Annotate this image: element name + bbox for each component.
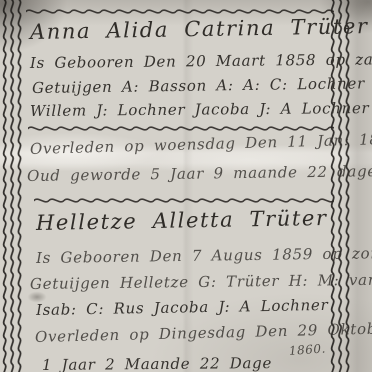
witness-line: Isab: C: Rus Jacoba J: A Lochner [36,296,329,319]
record-name: Helletze Alletta Trüter [36,206,328,235]
death-year: 1860. [289,341,327,358]
section-divider-squiggle [34,195,334,206]
birth-line: Is Gebooren Den 7 Augus 1859 op zondag [36,244,372,267]
witness-line: Getuijgen A: Basson A: A: C: Lochner [32,74,365,97]
witness-line: Willem J: Lochner Jacoba J: A Lochner [30,99,370,120]
register-page: Anna Alida Catrina Trüter Is Gebooren De… [0,0,372,372]
age-line: 1 Jaar 2 Maande 22 Dage [42,354,272,372]
birth-line: Is Gebooren Den 20 Maart 1858 op zaterda… [30,50,372,72]
left-border-squiggle [1,0,23,372]
age-line: Oud geworde 5 Jaar 9 maande 22 dage [27,162,372,185]
witness-line: Getuijgen Helletze G: Trüter H: M: vanzi… [30,270,372,293]
record-name: Anna Alida Catrina Trüter [30,14,369,44]
